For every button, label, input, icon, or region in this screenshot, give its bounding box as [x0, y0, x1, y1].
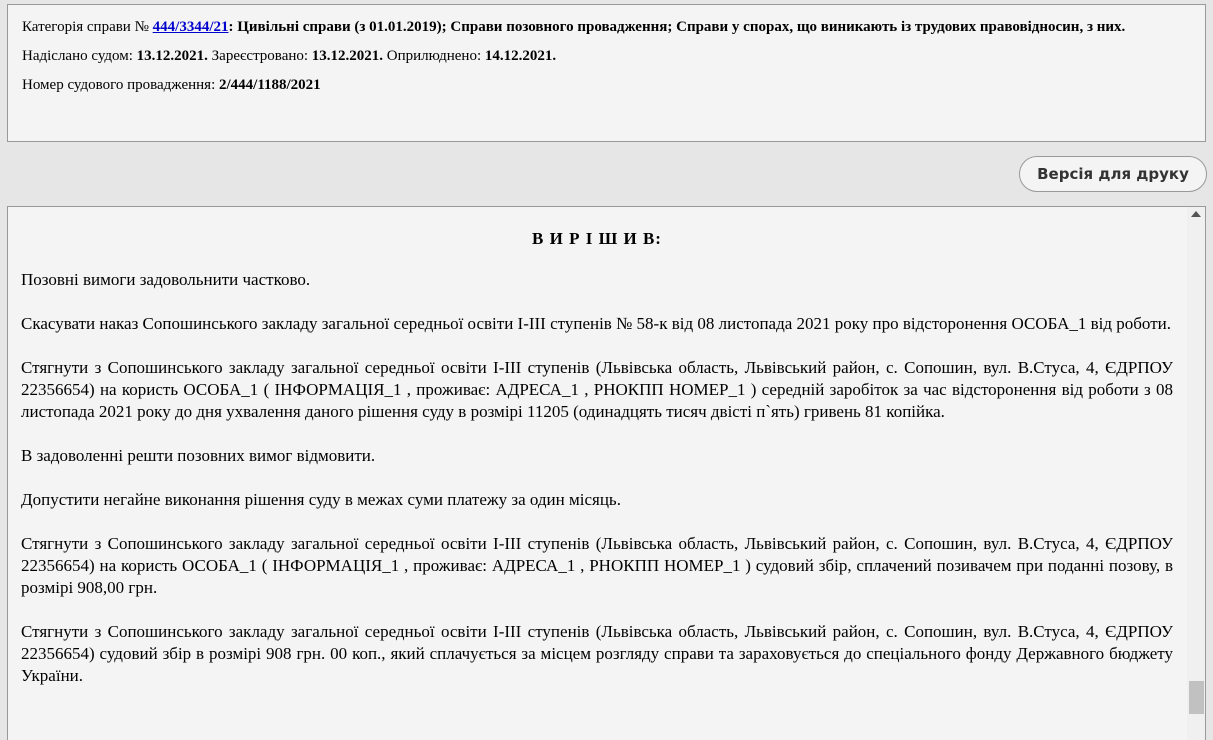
proceeding-line: Номер судового провадження: 2/444/1188/2… — [22, 73, 1191, 97]
published-label: Оприлюднено: — [383, 48, 485, 64]
scrollbar-thumb[interactable] — [1189, 681, 1204, 714]
category-text: : Цивільні справи (з 01.01.2019); Справи… — [229, 19, 1126, 35]
document-frame: В И Р І Ш И В: Позовні вимоги задовольни… — [7, 206, 1206, 740]
print-version-button[interactable]: Версія для друку — [1019, 156, 1207, 192]
document-paragraph: Допустити негайне виконання рішення суду… — [21, 489, 1173, 511]
case-number-link[interactable]: 444/3344/21 — [153, 19, 229, 35]
registered-date: 13.12.2021. — [312, 48, 383, 64]
document-paragraph: Скасувати наказ Сопошинського закладу за… — [21, 313, 1173, 335]
document-paragraph: В задоволенні решти позовних вимог відмо… — [21, 445, 1173, 467]
registered-label: Зареєстровано: — [208, 48, 312, 64]
document-paragraph: Стягнути з Сопошинського закладу загальн… — [21, 533, 1173, 599]
dates-line: Надіслано судом: 13.12.2021. Зареєстрова… — [22, 44, 1191, 68]
case-info-panel: Категорія справи № 444/3344/21: Цивільні… — [7, 4, 1206, 142]
sent-label: Надіслано судом: — [22, 48, 137, 64]
document-content: В И Р І Ш И В: Позовні вимоги задовольни… — [21, 227, 1173, 709]
proceeding-number: 2/444/1188/2021 — [219, 77, 321, 93]
document-paragraph: Стягнути з Сопошинського закладу загальн… — [21, 357, 1173, 423]
category-label: Категорія справи № — [22, 19, 153, 35]
scroll-up-arrow-icon[interactable] — [1191, 211, 1201, 217]
document-paragraph: Позовні вимоги задовольнити частково. — [21, 269, 1173, 291]
published-date: 14.12.2021. — [485, 48, 556, 64]
vertical-scrollbar[interactable] — [1187, 207, 1205, 740]
resolution-heading: В И Р І Ш И В: — [21, 227, 1173, 251]
case-category-line: Категорія справи № 444/3344/21: Цивільні… — [22, 15, 1191, 39]
document-paragraph: Стягнути з Сопошинського закладу загальн… — [21, 621, 1173, 687]
sent-date: 13.12.2021. — [137, 48, 208, 64]
proceeding-label: Номер судового провадження: — [22, 77, 219, 93]
